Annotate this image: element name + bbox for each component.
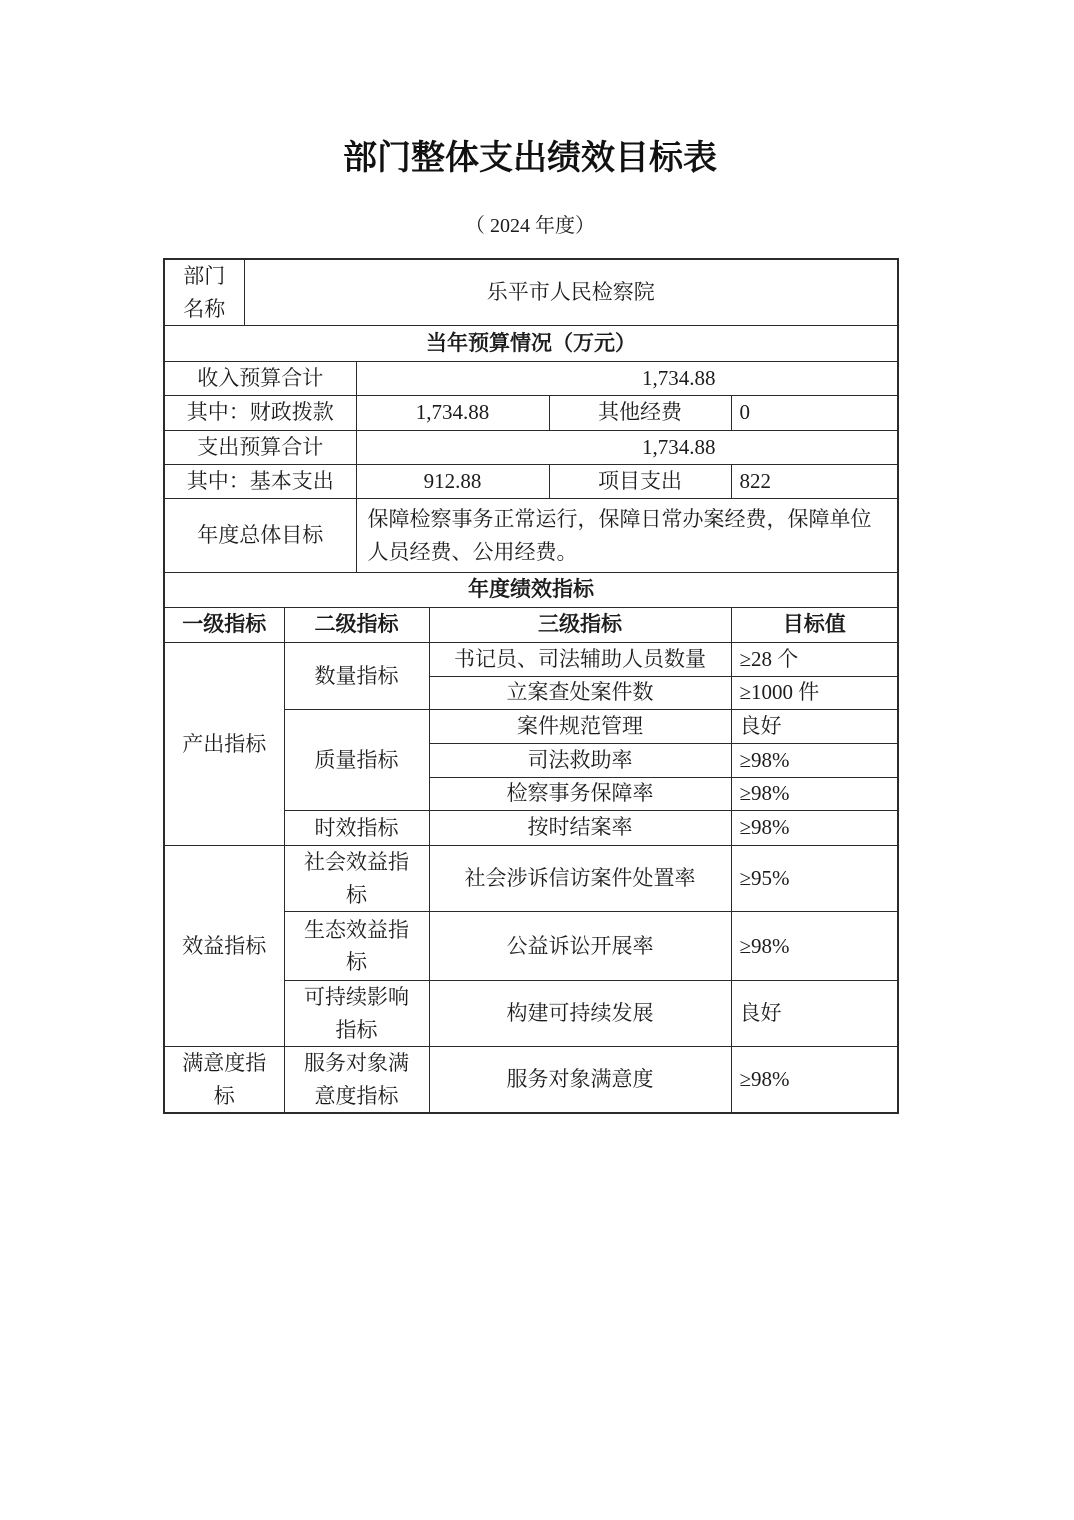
perf-column-header-row: 一级指标 二级指标 三级指标 目标值 bbox=[164, 608, 898, 643]
level2-sustain: 可持续影响指标 bbox=[284, 981, 429, 1047]
performance-target-table: 部门名称 乐平市人民检察院 当年预算情况（万元） 收入预算合计 1,734.88… bbox=[163, 258, 899, 1114]
dept-name-row: 部门名称 乐平市人民检察院 bbox=[164, 259, 898, 326]
budget-section-header: 当年预算情况（万元） bbox=[164, 326, 898, 362]
basic-expense-value: 912.88 bbox=[356, 465, 549, 499]
header-target-value: 目标值 bbox=[731, 608, 898, 643]
annual-goal-label: 年度总体目标 bbox=[164, 499, 356, 573]
income-total-row: 收入预算合计 1,734.88 bbox=[164, 362, 898, 396]
indicator-target: ≥98% bbox=[731, 778, 898, 811]
indicator-name: 案件规范管理 bbox=[429, 710, 731, 744]
indicator-target: ≥98% bbox=[731, 1047, 898, 1114]
level1-output: 产出指标 bbox=[164, 643, 284, 846]
indicator-name: 构建可持续发展 bbox=[429, 981, 731, 1047]
header-level3-indicator: 三级指标 bbox=[429, 608, 731, 643]
level1-benefit: 效益指标 bbox=[164, 846, 284, 1047]
income-total-value: 1,734.88 bbox=[356, 362, 898, 396]
indicator-target: 良好 bbox=[731, 710, 898, 744]
indicator-target: 良好 bbox=[731, 981, 898, 1047]
fiscal-allocation-label: 其中：财政拨款 bbox=[164, 396, 356, 431]
expense-total-label: 支出预算合计 bbox=[164, 431, 356, 465]
indicator-name: 按时结案率 bbox=[429, 811, 731, 846]
indicator-target: ≥28 个 bbox=[731, 643, 898, 677]
indicator-row: 满意度指标 服务对象满意度指标 服务对象满意度 ≥98% bbox=[164, 1047, 898, 1114]
indicator-row: 产出指标 数量指标 书记员、司法辅助人员数量 ≥28 个 bbox=[164, 643, 898, 677]
level2-social: 社会效益指标 bbox=[284, 846, 429, 912]
expense-total-row: 支出预算合计 1,734.88 bbox=[164, 431, 898, 465]
document-content: 部门整体支出绩效目标表 （ 2024 年度） 部门名称 乐平市人民检察院 当年预… bbox=[163, 0, 897, 1114]
indicator-name: 司法救助率 bbox=[429, 744, 731, 778]
indicator-name: 服务对象满意度 bbox=[429, 1047, 731, 1114]
header-level1-indicator: 一级指标 bbox=[164, 608, 284, 643]
income-total-label: 收入预算合计 bbox=[164, 362, 356, 396]
indicator-row: 效益指标 社会效益指标 社会涉诉信访案件处置率 ≥95% bbox=[164, 846, 898, 912]
indicator-target: ≥98% bbox=[731, 912, 898, 981]
perf-section-header: 年度绩效指标 bbox=[164, 573, 898, 608]
indicator-name: 检察事务保障率 bbox=[429, 778, 731, 811]
basic-expense-label: 其中：基本支出 bbox=[164, 465, 356, 499]
perf-section-header-row: 年度绩效指标 bbox=[164, 573, 898, 608]
indicator-name: 书记员、司法辅助人员数量 bbox=[429, 643, 731, 677]
dept-name-label: 部门名称 bbox=[164, 259, 244, 326]
fiscal-allocation-row: 其中：财政拨款 1,734.88 其他经费 0 bbox=[164, 396, 898, 431]
indicator-target: ≥1000 件 bbox=[731, 677, 898, 710]
document-page: 部门整体支出绩效目标表 （ 2024 年度） 部门名称 乐平市人民检察院 当年预… bbox=[0, 0, 1074, 1520]
level2-quality: 质量指标 bbox=[284, 710, 429, 811]
expense-total-value: 1,734.88 bbox=[356, 431, 898, 465]
indicator-name: 立案查处案件数 bbox=[429, 677, 731, 710]
basic-expense-row: 其中：基本支出 912.88 项目支出 822 bbox=[164, 465, 898, 499]
level2-timeliness: 时效指标 bbox=[284, 811, 429, 846]
project-expense-value: 822 bbox=[731, 465, 898, 499]
indicator-target: ≥98% bbox=[731, 811, 898, 846]
level2-quantity: 数量指标 bbox=[284, 643, 429, 710]
page-title: 部门整体支出绩效目标表 bbox=[163, 138, 897, 178]
budget-section-header-row: 当年预算情况（万元） bbox=[164, 326, 898, 362]
indicator-target: ≥98% bbox=[731, 744, 898, 778]
project-expense-label: 项目支出 bbox=[549, 465, 731, 499]
page-subtitle: （ 2024 年度） bbox=[163, 215, 897, 237]
other-funds-value: 0 bbox=[731, 396, 898, 431]
annual-goal-row: 年度总体目标 保障检察事务正常运行，保障日常办案经费，保障单位人员经费、公用经费… bbox=[164, 499, 898, 573]
level2-service: 服务对象满意度指标 bbox=[284, 1047, 429, 1114]
other-funds-label: 其他经费 bbox=[549, 396, 731, 431]
fiscal-allocation-value: 1,734.88 bbox=[356, 396, 549, 431]
annual-goal-value: 保障检察事务正常运行，保障日常办案经费，保障单位人员经费、公用经费。 bbox=[356, 499, 898, 573]
indicator-name: 公益诉讼开展率 bbox=[429, 912, 731, 981]
header-level2-indicator: 二级指标 bbox=[284, 608, 429, 643]
indicator-target: ≥95% bbox=[731, 846, 898, 912]
indicator-name: 社会涉诉信访案件处置率 bbox=[429, 846, 731, 912]
level2-eco: 生态效益指标 bbox=[284, 912, 429, 981]
level1-satisfaction: 满意度指标 bbox=[164, 1047, 284, 1114]
dept-name-value: 乐平市人民检察院 bbox=[244, 259, 898, 326]
